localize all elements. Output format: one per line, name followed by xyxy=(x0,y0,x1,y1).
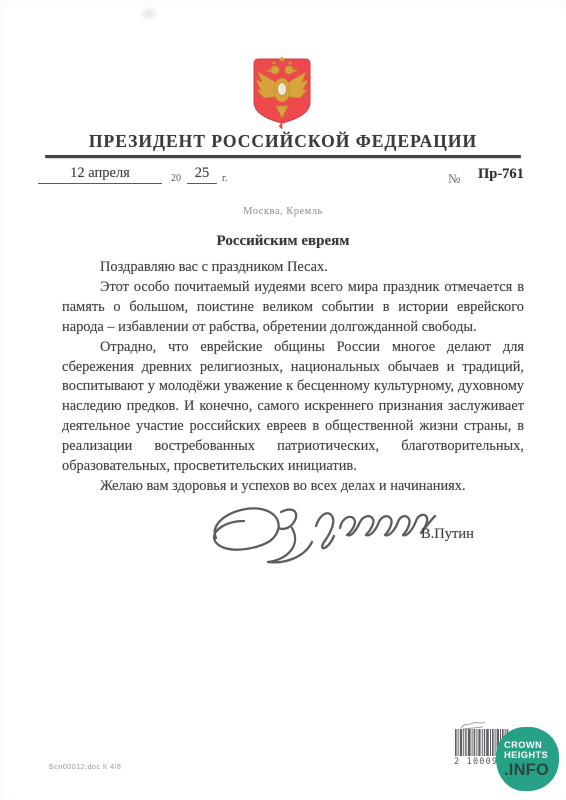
year-value: 25 xyxy=(187,165,217,184)
document-number: Пр-761 xyxy=(478,166,524,183)
doc-reference: Бсн00012.doc К 4/8 xyxy=(49,762,121,771)
year-prefix: 20 xyxy=(171,173,181,184)
body-paragraph: Поздравляю вас с праздником Песах. xyxy=(62,258,524,278)
dateline: 12 апреля 20 25 г. xyxy=(38,164,227,184)
logo-text-info: .INFO xyxy=(504,762,559,779)
signature-image xyxy=(203,496,441,568)
logo-text-crown: CROWN xyxy=(504,740,559,750)
letterhead-rule xyxy=(45,155,521,158)
number-sign: № xyxy=(448,171,460,187)
salutation: Российским евреям xyxy=(0,233,566,250)
place-line: Москва, Кремль xyxy=(0,206,566,217)
scanned-letter-page: ПРЕЗИДЕНТ РОССИЙСКОЙ ФЕДЕРАЦИИ 12 апреля… xyxy=(0,0,566,800)
body-paragraph: Желаю вам здоровья и успехов во всех дел… xyxy=(62,477,524,497)
letterhead-title: ПРЕЗИДЕНТ РОССИЙСКОЙ ФЕДЕРАЦИИ xyxy=(0,131,566,152)
body-paragraph: Отрадно, что еврейские общины России мно… xyxy=(62,338,524,477)
crownheights-info-logo: CROWN HEIGHTS .INFO xyxy=(496,727,559,791)
signer-name: В.Путин xyxy=(421,526,474,543)
letter-body: Поздравляю вас с праздником Песах. Этот … xyxy=(62,258,524,497)
russian-coat-of-arms-icon xyxy=(250,56,314,132)
date-value: 12 апреля xyxy=(38,165,162,184)
body-paragraph: Этот особо почитаемый иудеями всего мира… xyxy=(62,278,524,338)
scan-smudge xyxy=(138,6,160,21)
logo-text-heights: HEIGHTS xyxy=(504,750,559,760)
year-suffix: г. xyxy=(222,173,227,184)
